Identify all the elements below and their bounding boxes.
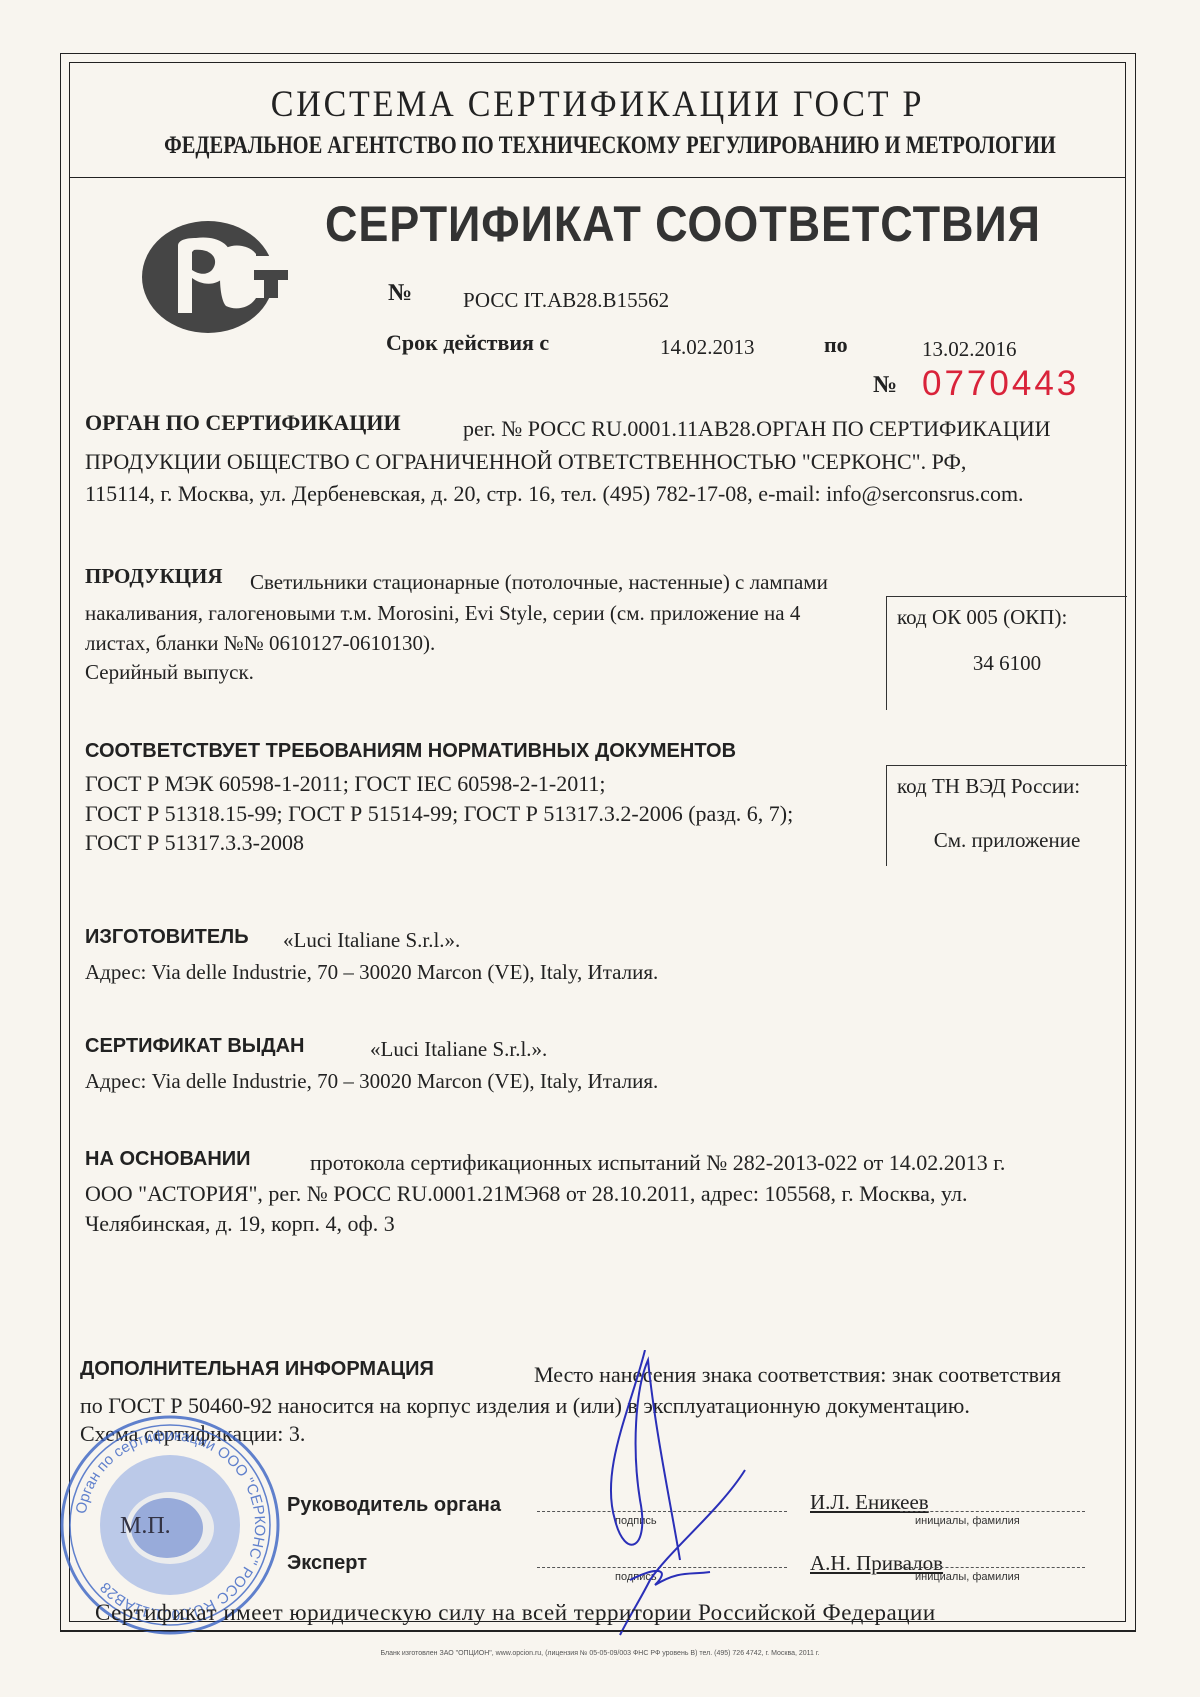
- certificate-title: СЕРТИФИКАТ СООТВЕТСТВИЯ: [325, 195, 1041, 253]
- validity-label: Срок действия с: [386, 330, 549, 356]
- okp-code-label: код ОК 005 (ОКП):: [897, 605, 1067, 630]
- certification-body-line: ПРОДУКЦИИ ОБЩЕСТВО С ОГРАНИЧЕННОЙ ОТВЕТС…: [85, 449, 966, 475]
- signature-icon: [560, 1350, 760, 1640]
- head-name-caption: инициалы, фамилия: [915, 1515, 1020, 1527]
- product-label: ПРОДУКЦИЯ: [85, 564, 223, 589]
- issued-to-label: СЕРТИФИКАТ ВЫДАН: [85, 1035, 304, 1058]
- product-line: листах, бланки №№ 0610127-0610130).: [85, 631, 435, 656]
- product-line: Серийный выпуск.: [85, 660, 254, 685]
- expert-label: Эксперт: [287, 1552, 367, 1575]
- product-line: Светильники стационарные (потолочные, на…: [250, 570, 828, 595]
- basis-line: протокола сертификационных испытаний № 2…: [310, 1150, 1005, 1176]
- certification-body-line: 115114, г. Москва, ул. Дербеневская, д. …: [85, 481, 1024, 507]
- valid-from: 14.02.2013: [660, 335, 755, 360]
- printer-info: Бланк изготовлен ЗАО "ОПЦИОН", www.opcio…: [0, 1650, 1200, 1657]
- okp-code-value: 34 6100: [887, 651, 1127, 676]
- head-name-line: [900, 1511, 1085, 1512]
- manufacturer-name: «Luci Italiane S.r.l.».: [283, 928, 460, 953]
- compliance-line: ГОСТ Р 51318.15-99; ГОСТ Р 51514-99; ГОС…: [85, 801, 793, 827]
- valid-to-label: по: [824, 332, 848, 358]
- certificate-number: РОСС IT.АВ28.В15562: [463, 288, 669, 313]
- manufacturer-address: Адрес: Via delle Industrie, 70 – 30020 M…: [85, 960, 658, 985]
- issued-to-name: «Luci Italiane S.r.l.».: [370, 1037, 547, 1062]
- certification-body-label: ОРГАН ПО СЕРТИФИКАЦИИ: [85, 410, 401, 436]
- basis-label: НА ОСНОВАНИИ: [85, 1148, 251, 1171]
- rst-mark-icon: [140, 218, 290, 336]
- tnved-code-value: См. приложение: [887, 828, 1127, 853]
- tnved-code-label: код ТН ВЭД России:: [897, 774, 1080, 799]
- number-label: №: [388, 280, 412, 307]
- agency-name: ФЕДЕРАЛЬНОЕ АГЕНТСТВО ПО ТЕХНИЧЕСКОМУ РЕ…: [164, 132, 1031, 160]
- certification-body-line: рег. № РОСС RU.0001.11АВ28.ОРГАН ПО СЕРТ…: [463, 416, 1051, 442]
- blank-number: 0770443: [922, 364, 1079, 404]
- header-divider: [69, 177, 1126, 178]
- basis-line: Челябинская, д. 19, корп. 4, оф. 3: [85, 1211, 395, 1237]
- head-label: Руководитель органа: [287, 1494, 501, 1517]
- system-title: СИСТЕМА СЕРТИФИКАЦИИ ГОСТ Р: [111, 83, 1083, 126]
- blank-number-label: №: [873, 372, 897, 399]
- compliance-line: ГОСТ Р МЭК 60598-1-2011; ГОСТ IEC 60598-…: [85, 771, 606, 797]
- expert-name-caption: инициалы, фамилия: [915, 1571, 1020, 1583]
- product-line: накаливания, галогеновыми т.м. Morosini,…: [85, 601, 800, 626]
- basis-line: ООО "АСТОРИЯ", рег. № РОСС RU.0001.21МЭ6…: [85, 1181, 967, 1207]
- issued-to-address: Адрес: Via delle Industrie, 70 – 30020 M…: [85, 1069, 658, 1094]
- manufacturer-label: ИЗГОТОВИТЕЛЬ: [85, 926, 249, 949]
- okp-code-box: код ОК 005 (ОКП): 34 6100: [886, 596, 1127, 710]
- expert-name-line: [900, 1567, 1085, 1568]
- compliance-label: СООТВЕТСТВУЕТ ТРЕБОВАНИЯМ НОРМАТИВНЫХ ДО…: [85, 740, 736, 763]
- footer-divider: [60, 1630, 1136, 1631]
- valid-to: 13.02.2016: [922, 337, 1017, 362]
- legal-validity-text: Сертификат имеет юридическую силу на все…: [95, 1600, 936, 1626]
- additional-info-label: ДОПОЛНИТЕЛЬНАЯ ИНФОРМАЦИЯ: [80, 1358, 434, 1381]
- compliance-line: ГОСТ Р 51317.3.3-2008: [85, 830, 304, 856]
- seal-label: М.П.: [120, 1513, 171, 1540]
- tnved-code-box: код ТН ВЭД России: См. приложение: [886, 765, 1127, 866]
